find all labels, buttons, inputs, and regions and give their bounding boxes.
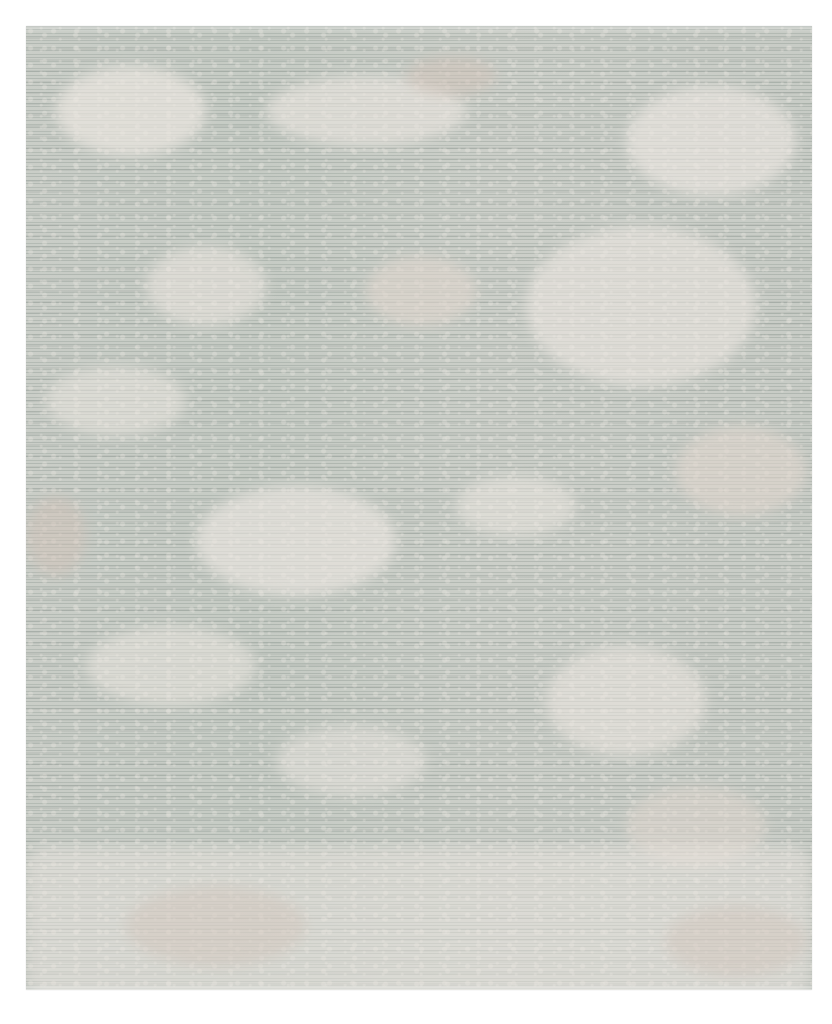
rug-motif: [56, 66, 206, 156]
rug-motif: [526, 226, 756, 386]
rug-motif: [146, 246, 266, 326]
rug-motif: [676, 426, 806, 516]
rug-motif: [456, 476, 576, 536]
rug-motif: [86, 626, 256, 706]
rug-motif: [626, 86, 796, 196]
rug-product-image: [26, 26, 812, 990]
rug-motif: [666, 906, 806, 976]
rug-motif: [276, 726, 426, 796]
rug-motif: [26, 496, 86, 576]
rug-motif: [46, 366, 186, 436]
rug-motif: [366, 256, 476, 326]
rug-motif: [196, 486, 396, 596]
rug-bottom-edge: [26, 984, 812, 990]
rug-motif: [546, 646, 706, 756]
rug-top-edge: [26, 26, 812, 32]
rug-motif: [126, 886, 306, 966]
rug-motif: [406, 56, 496, 96]
